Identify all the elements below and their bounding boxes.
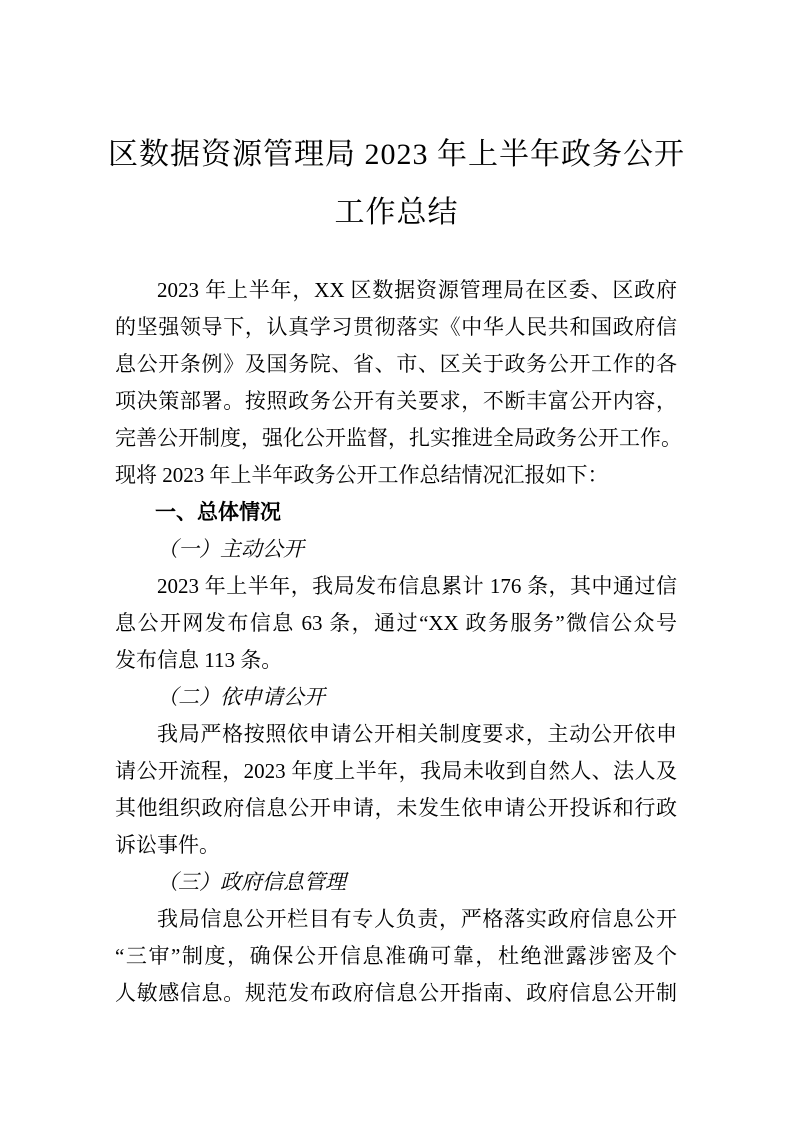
paragraph-line: 人敏感信息。规范发布政府信息公开指南、政府信息公开制 [115,975,677,1012]
subsection-heading: （三）政府信息管理 [115,864,677,901]
paragraph: 2023 年上半年，我局发布信息累计 176 条，其中通过信息公开网发布信息 6… [115,568,677,679]
paragraph-line: 诉讼事件。 [115,827,677,864]
paragraph-line: 的坚强领导下，认真学习贯彻落实《中华人民共和国政府信 [115,309,677,346]
paragraph-line: 项决策部署。按照政务公开有关要求，不断丰富公开内容， [115,383,677,420]
paragraph-line: 其他组织政府信息公开申请，未发生依申请公开投诉和行政 [115,790,677,827]
section-heading: 一、总体情况 [115,494,677,531]
paragraph-line: 2023 年上半年，XX 区数据资源管理局在区委、区政府 [115,272,677,309]
document-title: 区数据资源管理局 2023 年上半年政务公开 工作总结 [100,126,693,242]
paragraph-line: “三审”制度，确保公开信息准确可靠，杜绝泄露涉密及个 [115,938,677,975]
paragraph: 我局严格按照依申请公开相关制度要求，主动公开依申请公开流程，2023 年度上半年… [115,716,677,864]
paragraph-line: 完善公开制度，强化公开监督，扎实推进全局政务公开工作。 [115,420,677,457]
document-title-line: 工作总结 [100,184,693,242]
document-page: 区数据资源管理局 2023 年上半年政务公开 工作总结 2023 年上半年，XX… [0,0,793,1122]
paragraph-line: 我局信息公开栏目有专人负责，严格落实政府信息公开 [115,901,677,938]
paragraph-line: 现将 2023 年上半年政务公开工作总结情况汇报如下： [115,457,677,494]
paragraph-line: 我局严格按照依申请公开相关制度要求，主动公开依申 [115,716,677,753]
document-title-line: 区数据资源管理局 2023 年上半年政务公开 [100,126,693,184]
subsection-heading: （一）主动公开 [115,531,677,568]
paragraph: 我局信息公开栏目有专人负责，严格落实政府信息公开“三审”制度，确保公开信息准确可… [115,901,677,1012]
paragraph: 2023 年上半年，XX 区数据资源管理局在区委、区政府的坚强领导下，认真学习贯… [115,272,677,494]
subsection-heading: （二）依申请公开 [115,679,677,716]
document-body: 2023 年上半年，XX 区数据资源管理局在区委、区政府的坚强领导下，认真学习贯… [115,272,677,1012]
paragraph-line: 息公开条例》及国务院、省、市、区关于政务公开工作的各 [115,346,677,383]
paragraph-line: 2023 年上半年，我局发布信息累计 176 条，其中通过信 [115,568,677,605]
paragraph-line: 息公开网发布信息 63 条，通过“XX 政务服务”微信公众号 [115,605,677,642]
paragraph-line: 请公开流程，2023 年度上半年，我局未收到自然人、法人及 [115,753,677,790]
paragraph-line: 发布信息 113 条。 [115,642,677,679]
